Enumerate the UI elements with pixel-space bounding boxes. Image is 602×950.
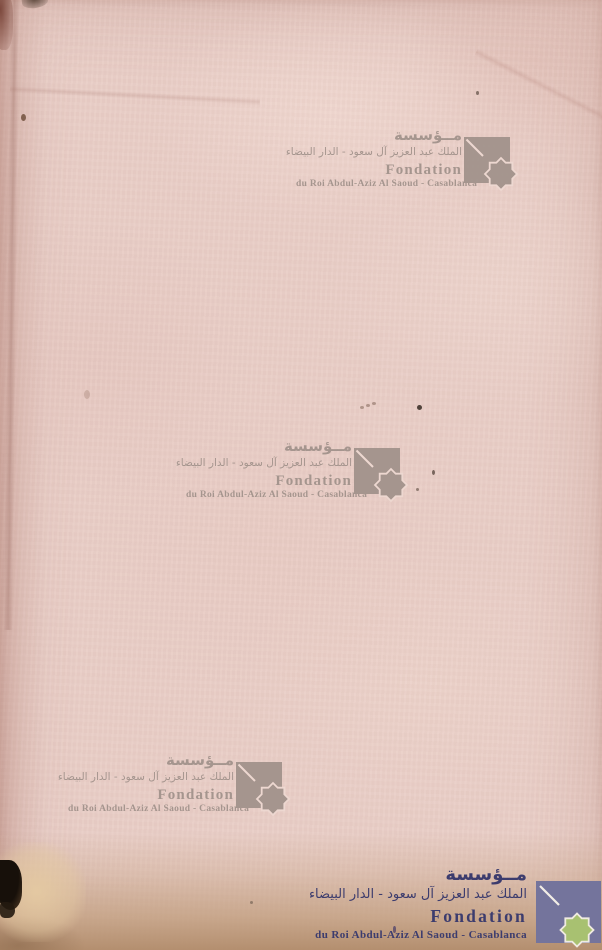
binding-tear-hole	[0, 860, 22, 910]
watermark-org-name-french: Fondation	[186, 472, 352, 490]
watermark-org-line-french: du Roi Abdul-Aziz Al Saoud - Casablanca	[296, 179, 462, 190]
foundation-logo-icon	[236, 762, 292, 818]
scanned-book-page: مــؤسسة الملك عبد العزيز آل سعود - الدار…	[0, 0, 602, 950]
pencil-mark	[366, 404, 370, 407]
foundation-logo-icon	[464, 137, 520, 193]
stamp-org-name-french: Fondation	[309, 905, 527, 928]
foundation-watermark-top: مــؤسسة الملك عبد العزيز آل سعود - الدار…	[296, 127, 520, 193]
stamp-org-line-french: du Roi Abdul-Aziz Al Saoud - Casablanca	[309, 928, 527, 942]
foundation-logo-icon	[354, 448, 410, 504]
pencil-mark	[360, 406, 364, 409]
paper-speck	[417, 405, 422, 410]
binding-tear-tail	[0, 902, 15, 918]
paper-speck	[416, 488, 419, 491]
pencil-mark	[84, 390, 90, 399]
watermark-org-line-arabic: الملك عبد العزيز آل سعود - الدار البيضاء	[296, 144, 462, 161]
corner-stain-top-left	[0, 0, 13, 50]
watermark-org-name-french: Fondation	[296, 161, 462, 179]
stamp-org-line-arabic: الملك عبد العزيز آل سعود - الدار البيضاء	[309, 885, 527, 905]
binding-edge-shadow	[0, 0, 46, 950]
paper-speck	[432, 470, 435, 475]
paper-crease-top	[10, 85, 260, 105]
watermark-org-line-arabic: الملك عبد العزيز آل سعود - الدار البيضاء	[68, 769, 234, 786]
paper-crease-top-right	[474, 48, 602, 123]
foundation-watermark-middle: مــؤسسة الملك عبد العزيز آل سعود - الدار…	[186, 438, 410, 504]
watermark-org-line-french: du Roi Abdul-Aziz Al Saoud - Casablanca	[68, 804, 234, 815]
tear-halo-stain	[0, 842, 86, 942]
foundation-watermark-bottom: مــؤسسة الملك عبد العزيز آل سعود - الدار…	[68, 752, 292, 818]
watermark-org-name-arabic: مــؤسسة	[186, 438, 352, 455]
paper-speck	[250, 901, 253, 904]
foundation-stamp-colored: مــؤسسة الملك عبد العزيز آل سعود - الدار…	[309, 862, 602, 949]
paper-speck	[21, 114, 26, 121]
watermark-org-name-arabic: مــؤسسة	[68, 752, 234, 769]
watermark-org-name-arabic: مــؤسسة	[296, 127, 462, 144]
paper-crease-left	[4, 0, 20, 630]
stamp-org-name-arabic: مــؤسسة	[309, 864, 527, 885]
watermark-org-line-arabic: الملك عبد العزيز آل سعود - الدار البيضاء	[186, 455, 352, 472]
watermark-org-name-french: Fondation	[68, 786, 234, 804]
edge-stain-top	[21, 0, 48, 10]
watermark-org-line-french: du Roi Abdul-Aziz Al Saoud - Casablanca	[186, 490, 352, 501]
paper-speck	[476, 91, 479, 95]
foundation-logo-color-icon	[536, 881, 602, 949]
pencil-mark	[372, 402, 376, 405]
